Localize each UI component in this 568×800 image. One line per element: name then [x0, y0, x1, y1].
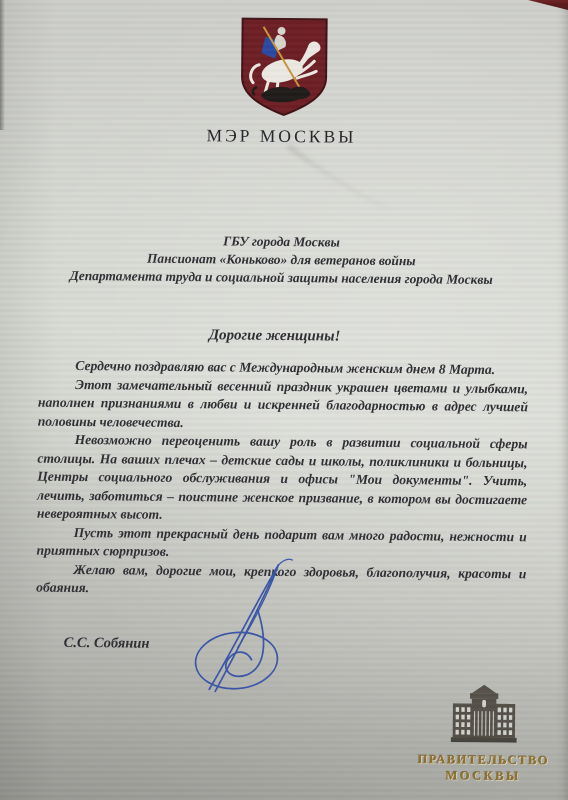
letter-photo: МЭР МОСКВЫ ГБУ города Москвы Пансионат «… — [0, 0, 568, 800]
signatory-name: С.С. Собянин — [64, 635, 150, 653]
recipient-block: ГБУ города Москвы Пансионат «Коньково» д… — [19, 230, 543, 289]
letter-content: МЭР МОСКВЫ ГБУ города Москвы Пансионат «… — [0, 0, 568, 800]
org-title: МЭР МОСКВЫ — [2, 123, 560, 149]
recipient-line: Департамента труда и социальной защиты н… — [19, 266, 543, 289]
government-emblem: ПРАВИТЕЛЬСТВО МОСКВЫ — [408, 683, 559, 784]
moscow-coat-of-arms-icon — [239, 16, 330, 119]
government-label-line2: МОСКВЫ — [408, 768, 558, 784]
handwritten-signature — [179, 555, 308, 708]
government-label-line1: ПРАВИТЕЛЬСТВО — [408, 752, 558, 768]
salutation: Дорогие женщины! — [1, 325, 549, 347]
paragraph: Этот замечательный весенний праздник укр… — [38, 375, 529, 435]
paragraph: Невозможно переоценить вашу роль в разви… — [37, 431, 528, 528]
moscow-city-hall-building-icon — [451, 684, 518, 747]
